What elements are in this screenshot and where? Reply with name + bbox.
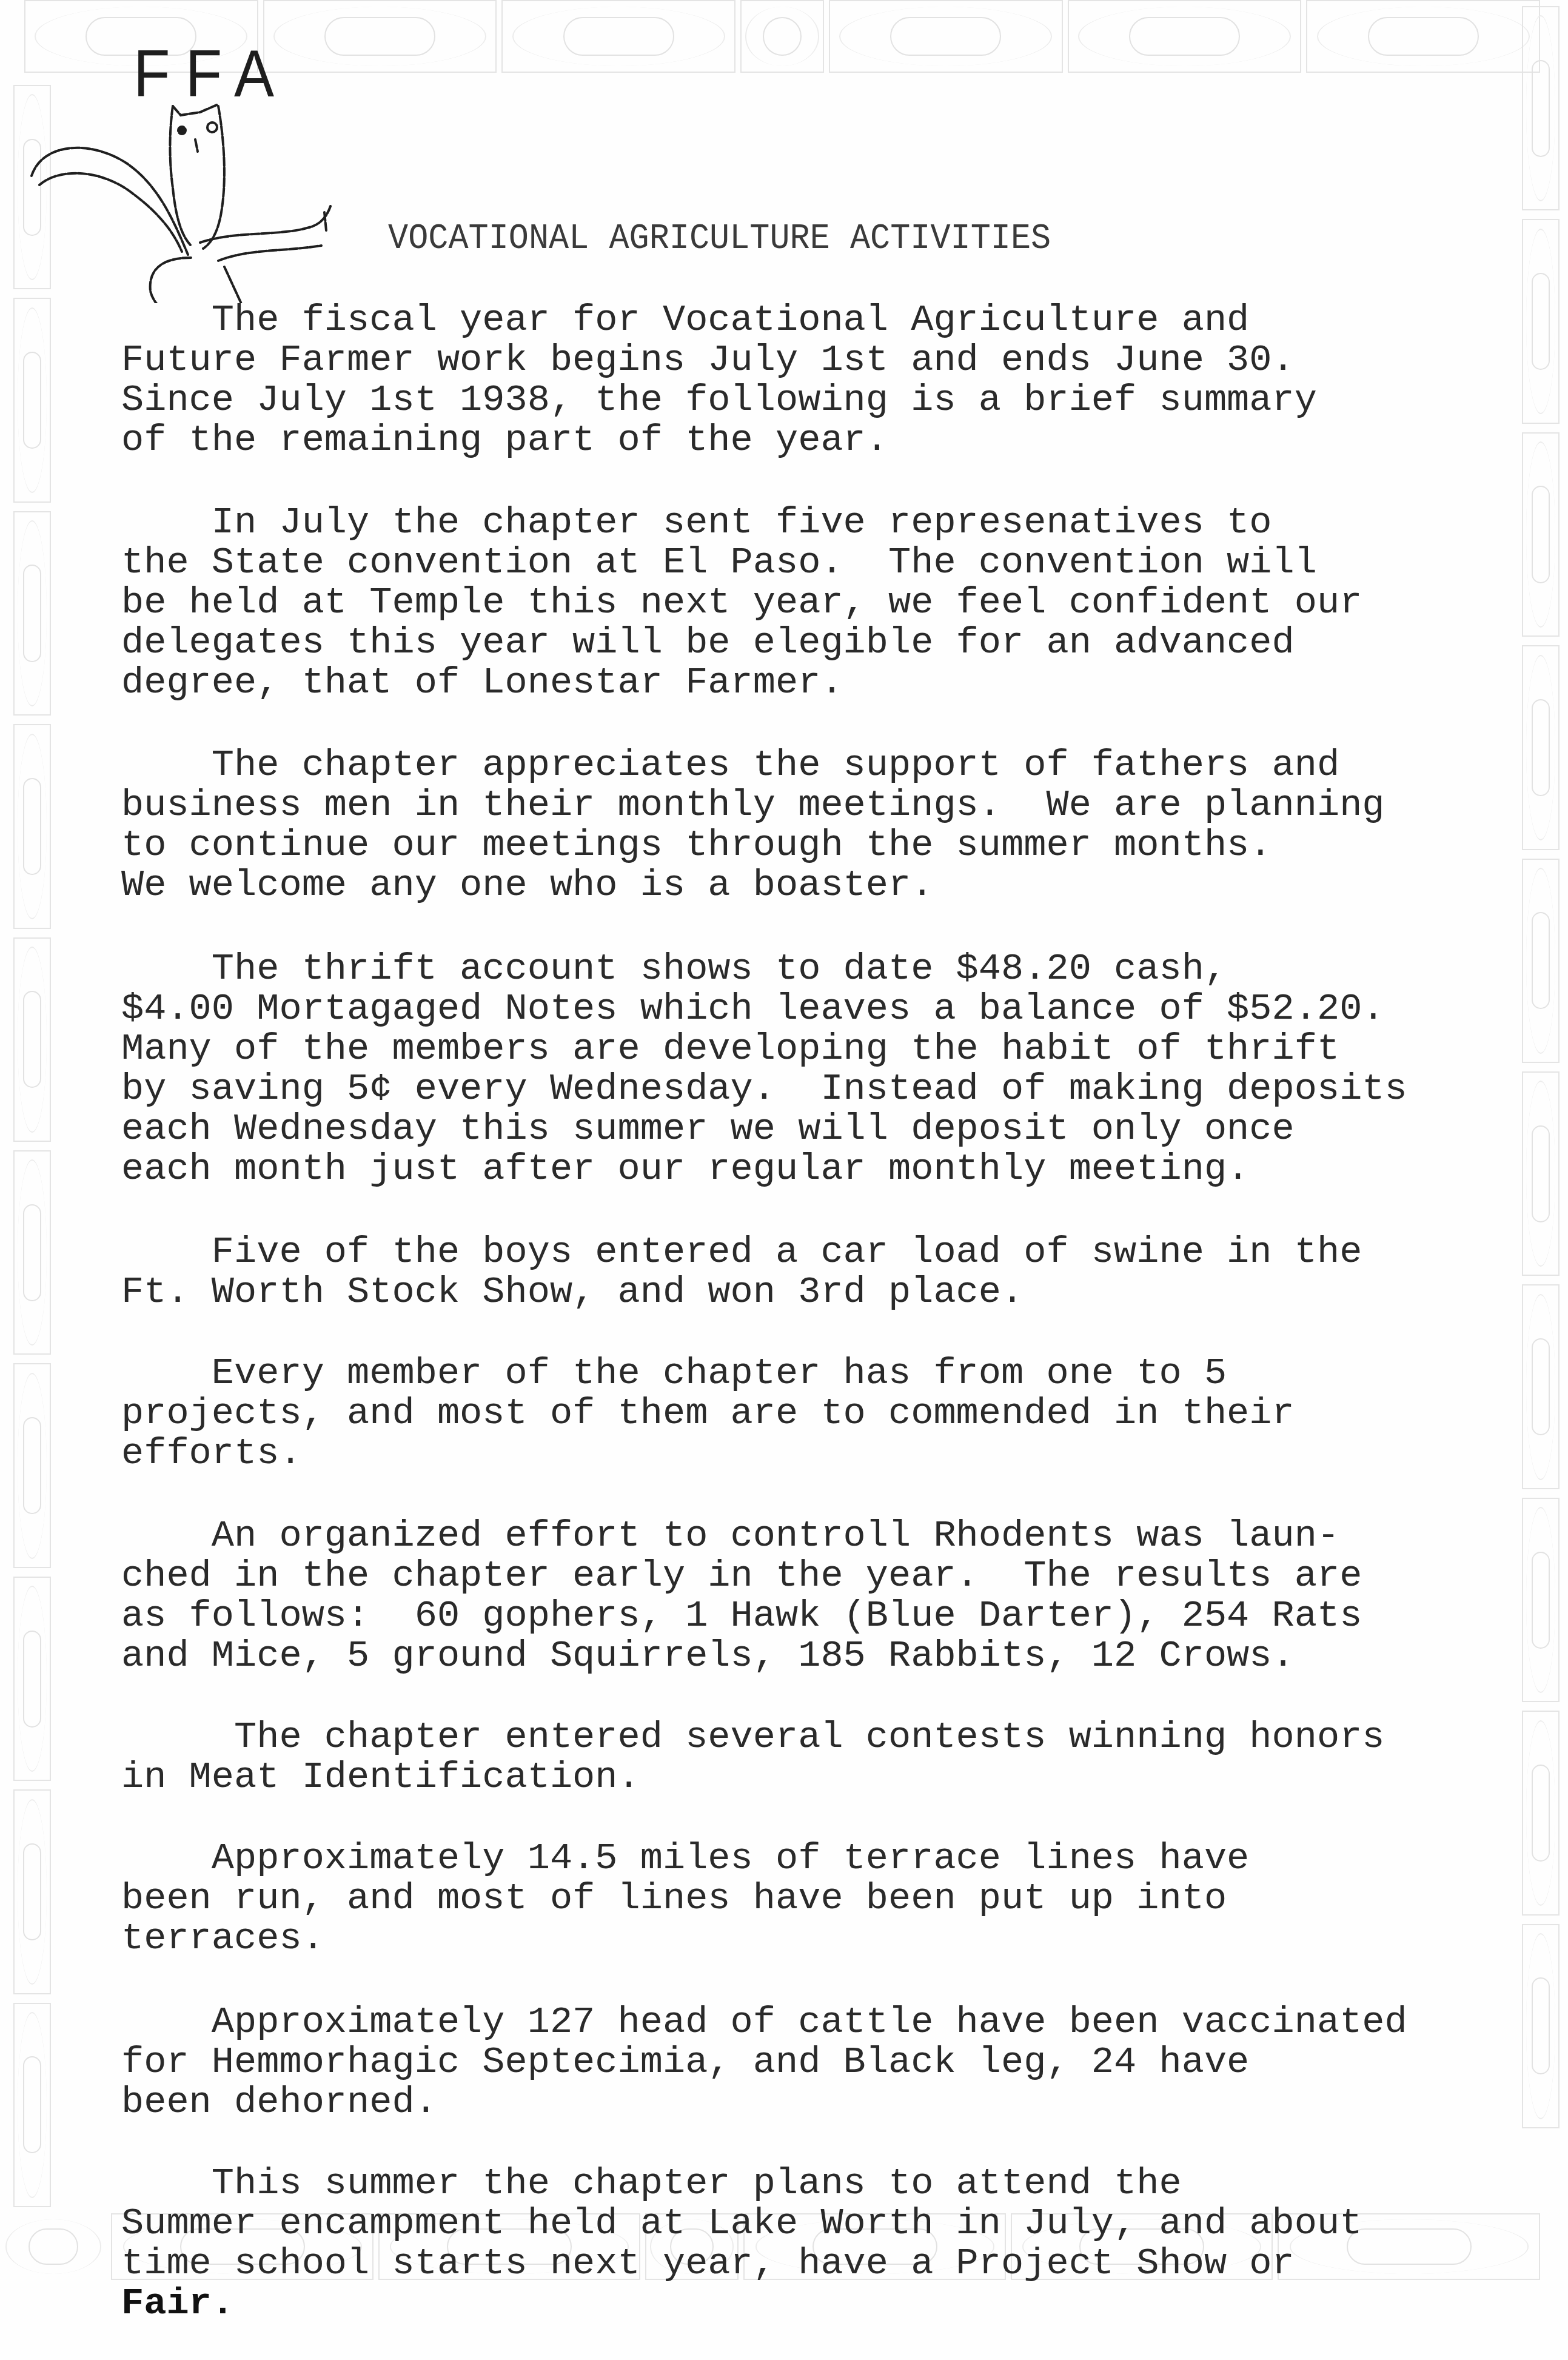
text-line: This summer the chapter plans to attend …	[121, 2164, 1182, 2204]
text-line: projects, and most of them are to commen…	[121, 1393, 1295, 1433]
border-ornament	[1522, 1284, 1560, 1489]
text-line: in Meat Identification.	[121, 1757, 640, 1797]
border-ornament	[1522, 432, 1560, 637]
text-line: In July the chapter sent five represenat…	[121, 503, 1272, 543]
text-line: $4.00 Mortagaged Notes which leaves a ba…	[121, 989, 1385, 1029]
text-line: been dehorned.	[121, 2082, 437, 2122]
text-line: for Hemmorhagic Septecimia, and Black le…	[121, 2042, 1249, 2082]
border-ornament	[13, 1789, 51, 1994]
owl-plow-icon	[18, 36, 358, 303]
border-ornament	[13, 1150, 51, 1355]
border-ornament	[1522, 1071, 1560, 1276]
border-ornament	[13, 937, 51, 1142]
text-line: Fair.	[121, 2284, 234, 2324]
border-ornament	[13, 298, 51, 502]
border-ornament	[13, 724, 51, 928]
document-page: FFA VOCATIONAL AGRICULTURE ACTIVITIES Th…	[0, 0, 1568, 2360]
text-line: We welcome any one who is a boaster.	[121, 865, 933, 905]
border-ornament	[13, 1577, 51, 1781]
text-line: the State convention at El Paso. The con…	[121, 543, 1317, 583]
text-line: Five of the boys entered a car load of s…	[121, 1232, 1362, 1272]
text-line: ched in the chapter early in the year. T…	[121, 1556, 1362, 1596]
border-ornament	[1522, 6, 1560, 210]
text-line: The chapter entered several contests win…	[121, 1717, 1385, 1757]
border-ornament	[1522, 1498, 1560, 1702]
border-ornament	[829, 0, 1063, 73]
text-line: be held at Temple this next year, we fee…	[121, 583, 1362, 623]
text-line: and Mice, 5 ground Squirrels, 185 Rabbit…	[121, 1636, 1295, 1676]
text-line: Future Farmer work begins July 1st and e…	[121, 340, 1295, 380]
text-line: degree, that of Lonestar Farmer.	[121, 663, 843, 703]
border-spacer	[0, 2213, 106, 2280]
border-ornament	[1522, 219, 1560, 423]
text-line: to continue our meetings through the sum…	[121, 825, 1272, 865]
border-ornament	[13, 2003, 51, 2207]
text-line: by saving 5¢ every Wednesday. Instead of…	[121, 1069, 1407, 1109]
text-line: Many of the members are developing the h…	[121, 1029, 1339, 1069]
text-line: The chapter appreciates the support of f…	[121, 745, 1339, 785]
text-line: of the remaining part of the year.	[121, 420, 888, 460]
text-line: An organized effort to controll Rhodents…	[121, 1516, 1339, 1556]
ornamental-border-left	[13, 85, 51, 2207]
text-line: each month just after our regular monthl…	[121, 1149, 1249, 1189]
text-line: The thrift account shows to date $48.20 …	[121, 949, 1227, 989]
text-line: terraces.	[121, 1919, 324, 1959]
border-ornament	[1068, 0, 1302, 73]
border-ornament	[13, 511, 51, 716]
text-line: delegates this year will be elegible for…	[121, 623, 1295, 663]
border-ornament	[1522, 1711, 1560, 1915]
text-line: business men in their monthly meetings. …	[121, 785, 1385, 825]
text-line: The fiscal year for Vocational Agricultu…	[121, 300, 1249, 340]
page-title: VOCATIONAL AGRICULTURE ACTIVITIES	[388, 218, 1051, 260]
text-line: Every member of the chapter has from one…	[121, 1353, 1227, 1393]
border-ornament	[1522, 859, 1560, 1063]
text-line: time school starts next year, have a Pro…	[121, 2244, 1295, 2284]
border-ornament	[501, 0, 735, 73]
text-line: each Wednesday this summer we will depos…	[121, 1109, 1295, 1149]
ornamental-border-right	[1522, 6, 1560, 2128]
text-line: Approximately 127 head of cattle have be…	[121, 2002, 1407, 2042]
text-line: been run, and most of lines have been pu…	[121, 1879, 1227, 1919]
text-line: Since July 1st 1938, the following is a …	[121, 380, 1317, 420]
text-line: Summer encampment held at Lake Worth in …	[121, 2204, 1362, 2244]
text-line: as follows: 60 gophers, 1 Hawk (Blue Dar…	[121, 1596, 1362, 1636]
border-ornament	[13, 1363, 51, 1567]
text-line: Approximately 14.5 miles of terrace line…	[121, 1839, 1249, 1879]
border-ornament	[1306, 0, 1540, 73]
text-line: efforts.	[121, 1433, 302, 1473]
border-ornament	[1522, 645, 1560, 850]
text-line: Ft. Worth Stock Show, and won 3rd place.	[121, 1272, 1024, 1312]
border-ornament	[740, 0, 824, 73]
border-ornament	[1522, 1924, 1560, 2128]
